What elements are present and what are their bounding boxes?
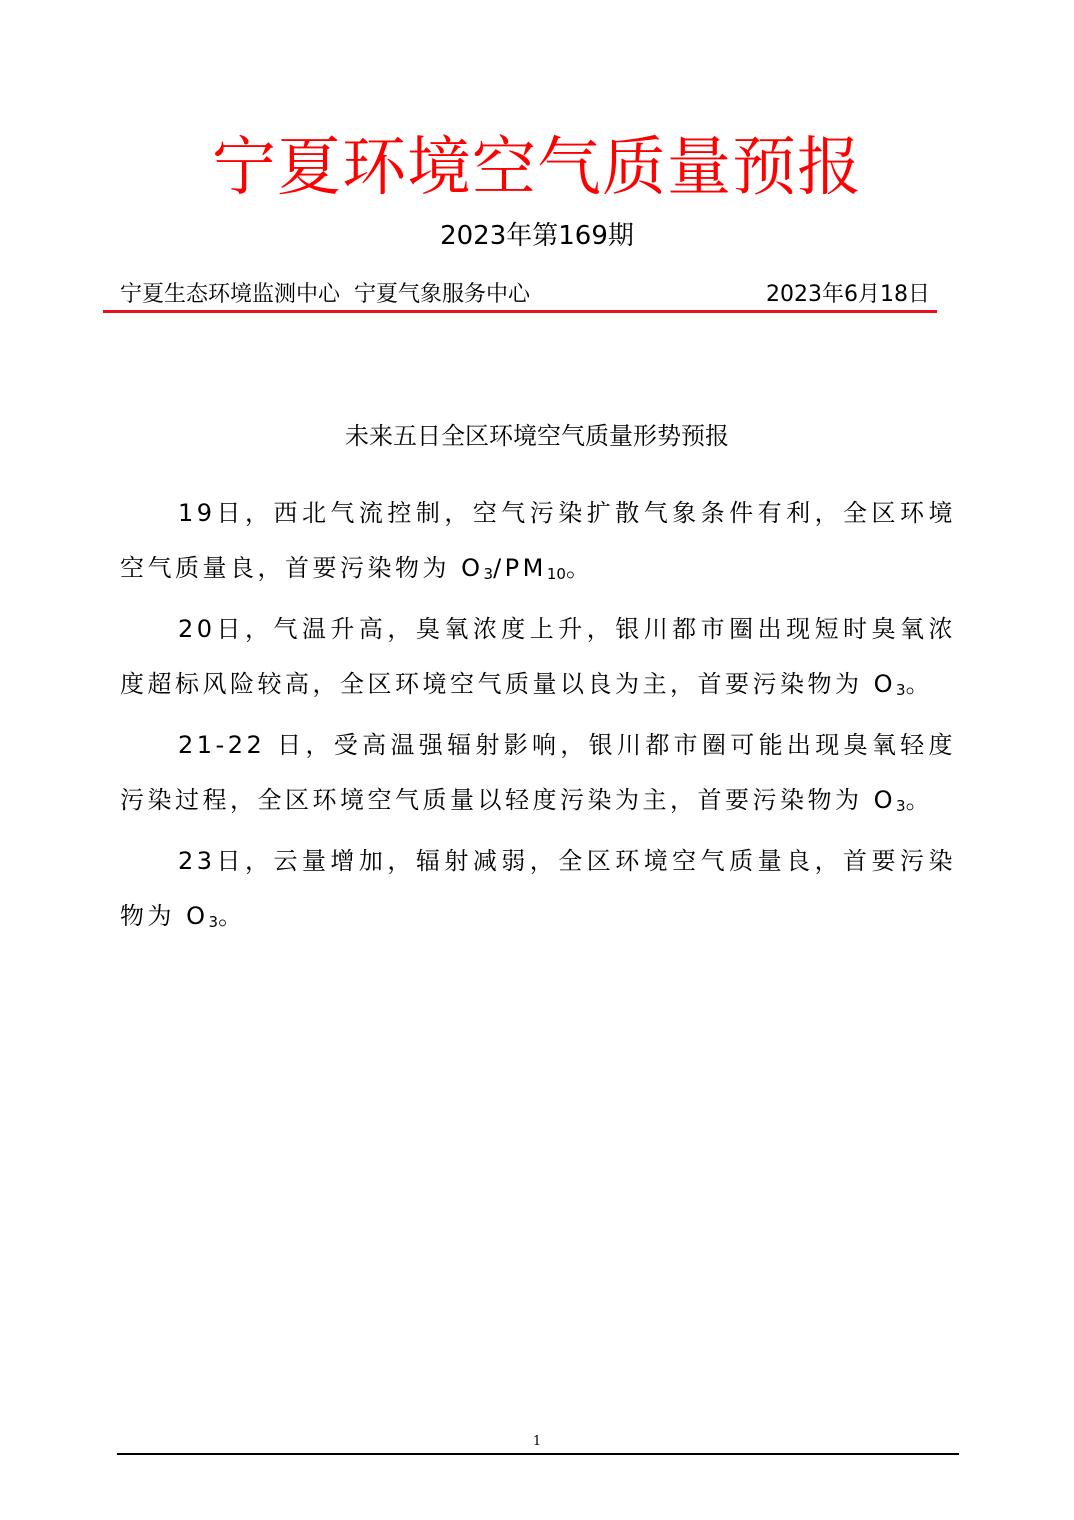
forecast-paragraph-23: 23日，云量增加，辐射减弱，全区环境空气质量良，首要污染物为 O3。	[120, 834, 956, 950]
footer-divider	[117, 1453, 959, 1455]
page-number: 1	[0, 1434, 1074, 1450]
forecast-paragraph-20: 20日，气温升高，臭氧浓度上升，银川都市圈出现短时臭氧浓度超标风险较高，全区环境…	[120, 602, 956, 718]
issuer-agencies: 宁夏生态环境监测中心 宁夏气象服务中心	[120, 279, 530, 311]
red-divider	[103, 310, 937, 313]
forecast-paragraph-19: 19日，西北气流控制，空气污染扩散气象条件有利，全区环境空气质量良，首要污染物为…	[120, 486, 956, 602]
issue-number: 2023年第169期	[0, 218, 1074, 254]
issue-date: 2023年6月18日	[766, 279, 930, 311]
issuer-row: 宁夏生态环境监测中心 宁夏气象服务中心 2023年6月18日	[120, 279, 930, 311]
forecast-body: 19日，西北气流控制，空气污染扩散气象条件有利，全区环境空气质量良，首要污染物为…	[120, 486, 956, 950]
masthead-title: 宁夏环境空气质量预报	[0, 128, 1074, 208]
forecast-paragraph-21-22: 21-22 日，受高温强辐射影响，银川都市圈可能出现臭氧轻度污染过程，全区环境空…	[120, 718, 956, 834]
section-title: 未来五日全区环境空气质量形势预报	[0, 418, 1074, 454]
